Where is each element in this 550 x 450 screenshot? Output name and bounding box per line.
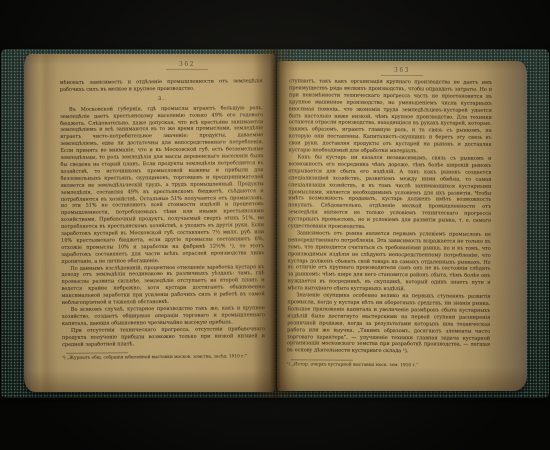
left-page-text: мѣновать зависимость и отдѣленіе промышл… [60, 78, 265, 362]
footnote-right: ¹) „Истор. очеркъ кустарной выставки мос… [287, 362, 490, 369]
paragraph: Во всякомъ случаѣ, кустарное производств… [62, 305, 265, 327]
left-page-continuation: мѣновать зависимость и отдѣленіе промышл… [60, 78, 263, 94]
page-number-left: 362 [166, 61, 208, 70]
paragraph: Зависимость отъ рынка является первымъ у… [287, 230, 490, 294]
paragraph: Какъ бы кустарь ни казался независимымъ,… [288, 154, 492, 232]
footnote-rule-right [291, 359, 353, 360]
right-page-paragraphs: Какъ бы кустарь ни казался независимымъ,… [287, 154, 492, 356]
paragraph: При отсутствіи техническаго прогресса, о… [62, 326, 265, 348]
open-book: 362 мѣновать зависимость и отдѣленіе про… [1, 49, 549, 398]
paragraph: По даннымъ изслѣдованій, процентное отно… [61, 264, 264, 307]
footnote-rule-left [66, 353, 128, 355]
right-page-continuation: ступаютъ, такъ какъ организація крупнаго… [289, 78, 493, 156]
photo-background: 362 мѣновать зависимость и отдѣленіе про… [0, 0, 550, 450]
right-page-text: ступаютъ, такъ какъ организація крупнаго… [287, 78, 492, 369]
left-page-paragraphs: Въ Московской губерніи, гдѣ промыслы игр… [60, 105, 265, 348]
page-number-right: 363 [381, 67, 423, 76]
section-number: 3. [60, 95, 263, 104]
right-page: 363 ступаютъ, такъ какъ организація круп… [277, 61, 527, 391]
footnote-left: ¹) „Журналъ общ. собранія юбилейной выст… [62, 355, 265, 362]
left-page: 362 мѣновать зависимость и отдѣленіе про… [24, 54, 275, 392]
paragraph: Въ Московской губерніи, гдѣ промыслы игр… [60, 105, 264, 266]
paragraph: Значеніе скупщика особенно велико на пер… [287, 292, 490, 356]
